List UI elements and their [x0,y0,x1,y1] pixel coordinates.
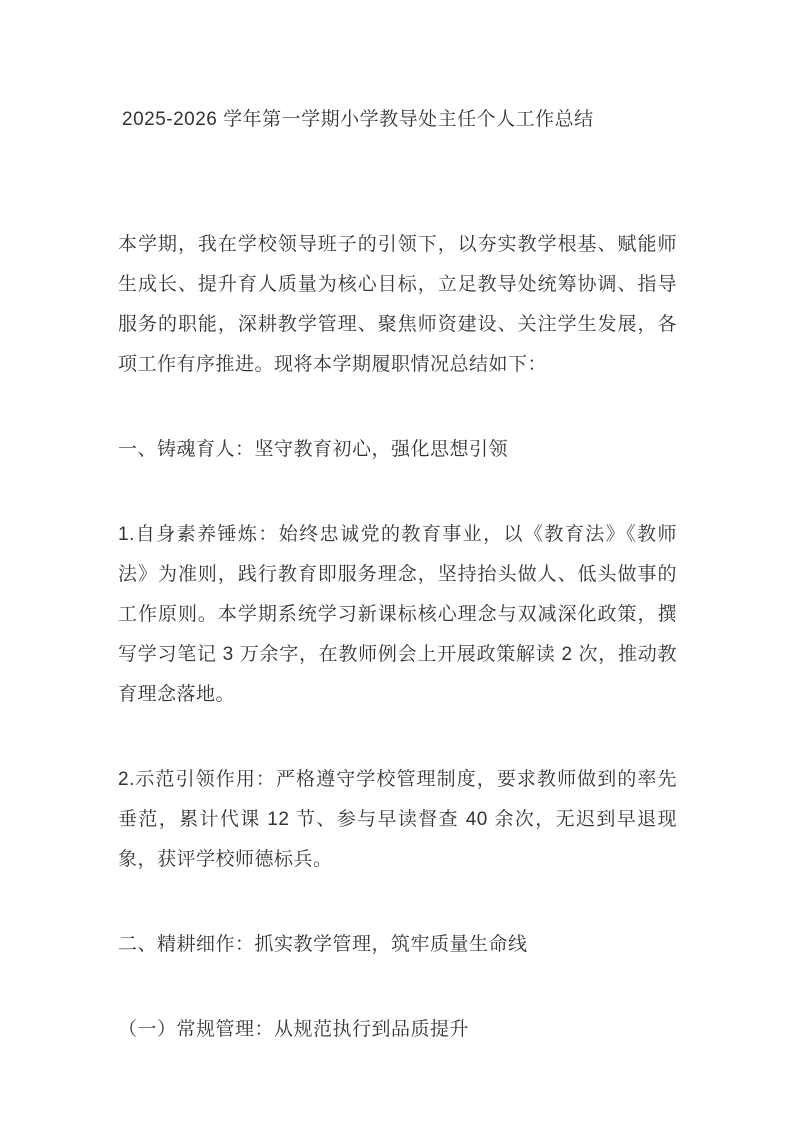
subsection-heading-2-1: （一）常规管理：从规范执行到品质提升 [118,1010,677,1050]
section-heading-1: 一、铸魂育人：坚守教育初心，强化思想引领 [118,430,677,470]
document-page: 2025-2026 学年第一学期小学教导处主任个人工作总结 本学期，我在学校领导… [0,0,793,1122]
paragraph-intro: 本学期，我在学校领导班子的引领下，以夯实教学根基、赋能师生成长、提升育人质量为核… [118,225,677,385]
section-heading-2: 二、精耕细作：抓实教学管理，筑牢质量生命线 [118,925,677,965]
document-title: 2025-2026 学年第一学期小学教导处主任个人工作总结 [118,100,677,140]
paragraph-self-cultivation: 1.自身素养锤炼：始终忠诚党的教育事业，以《教育法》《教师法》为准则，践行教育即… [118,515,677,715]
paragraph-role-model: 2.示范引领作用：严格遵守学校管理制度，要求教师做到的率先垂范，累计代课 12 … [118,760,677,880]
